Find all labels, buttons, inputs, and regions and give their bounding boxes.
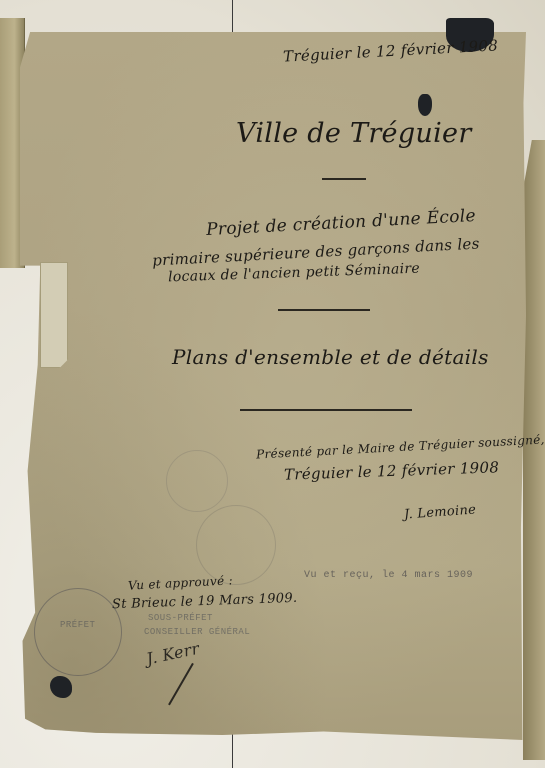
adjacent-page-right [523, 140, 545, 760]
ink-drip [418, 94, 432, 116]
approval-stamp-line-2: CONSEILLER GÉNÉRAL [144, 627, 250, 637]
plans-subtitle: Plans d'ensemble et de détails [172, 345, 489, 369]
prefecture-stamp-text: PRÉFET [60, 620, 95, 630]
section-divider-2 [240, 409, 412, 411]
faint-round-stamp-center [196, 505, 276, 585]
received-stamp: Vu et reçu, le 4 mars 1909 [304, 570, 473, 581]
town-title: Ville de Tréguier [236, 118, 472, 149]
title-underline [322, 178, 366, 180]
table-seam [232, 740, 233, 768]
faint-round-stamp-upper [166, 450, 228, 512]
approval-stamp-line-1: SOUS-PRÉFET [148, 613, 213, 623]
section-divider-1 [278, 309, 370, 311]
prefecture-round-stamp [34, 588, 122, 676]
ink-blot-bottom-left [50, 676, 72, 698]
torn-paper-tab [40, 262, 68, 368]
